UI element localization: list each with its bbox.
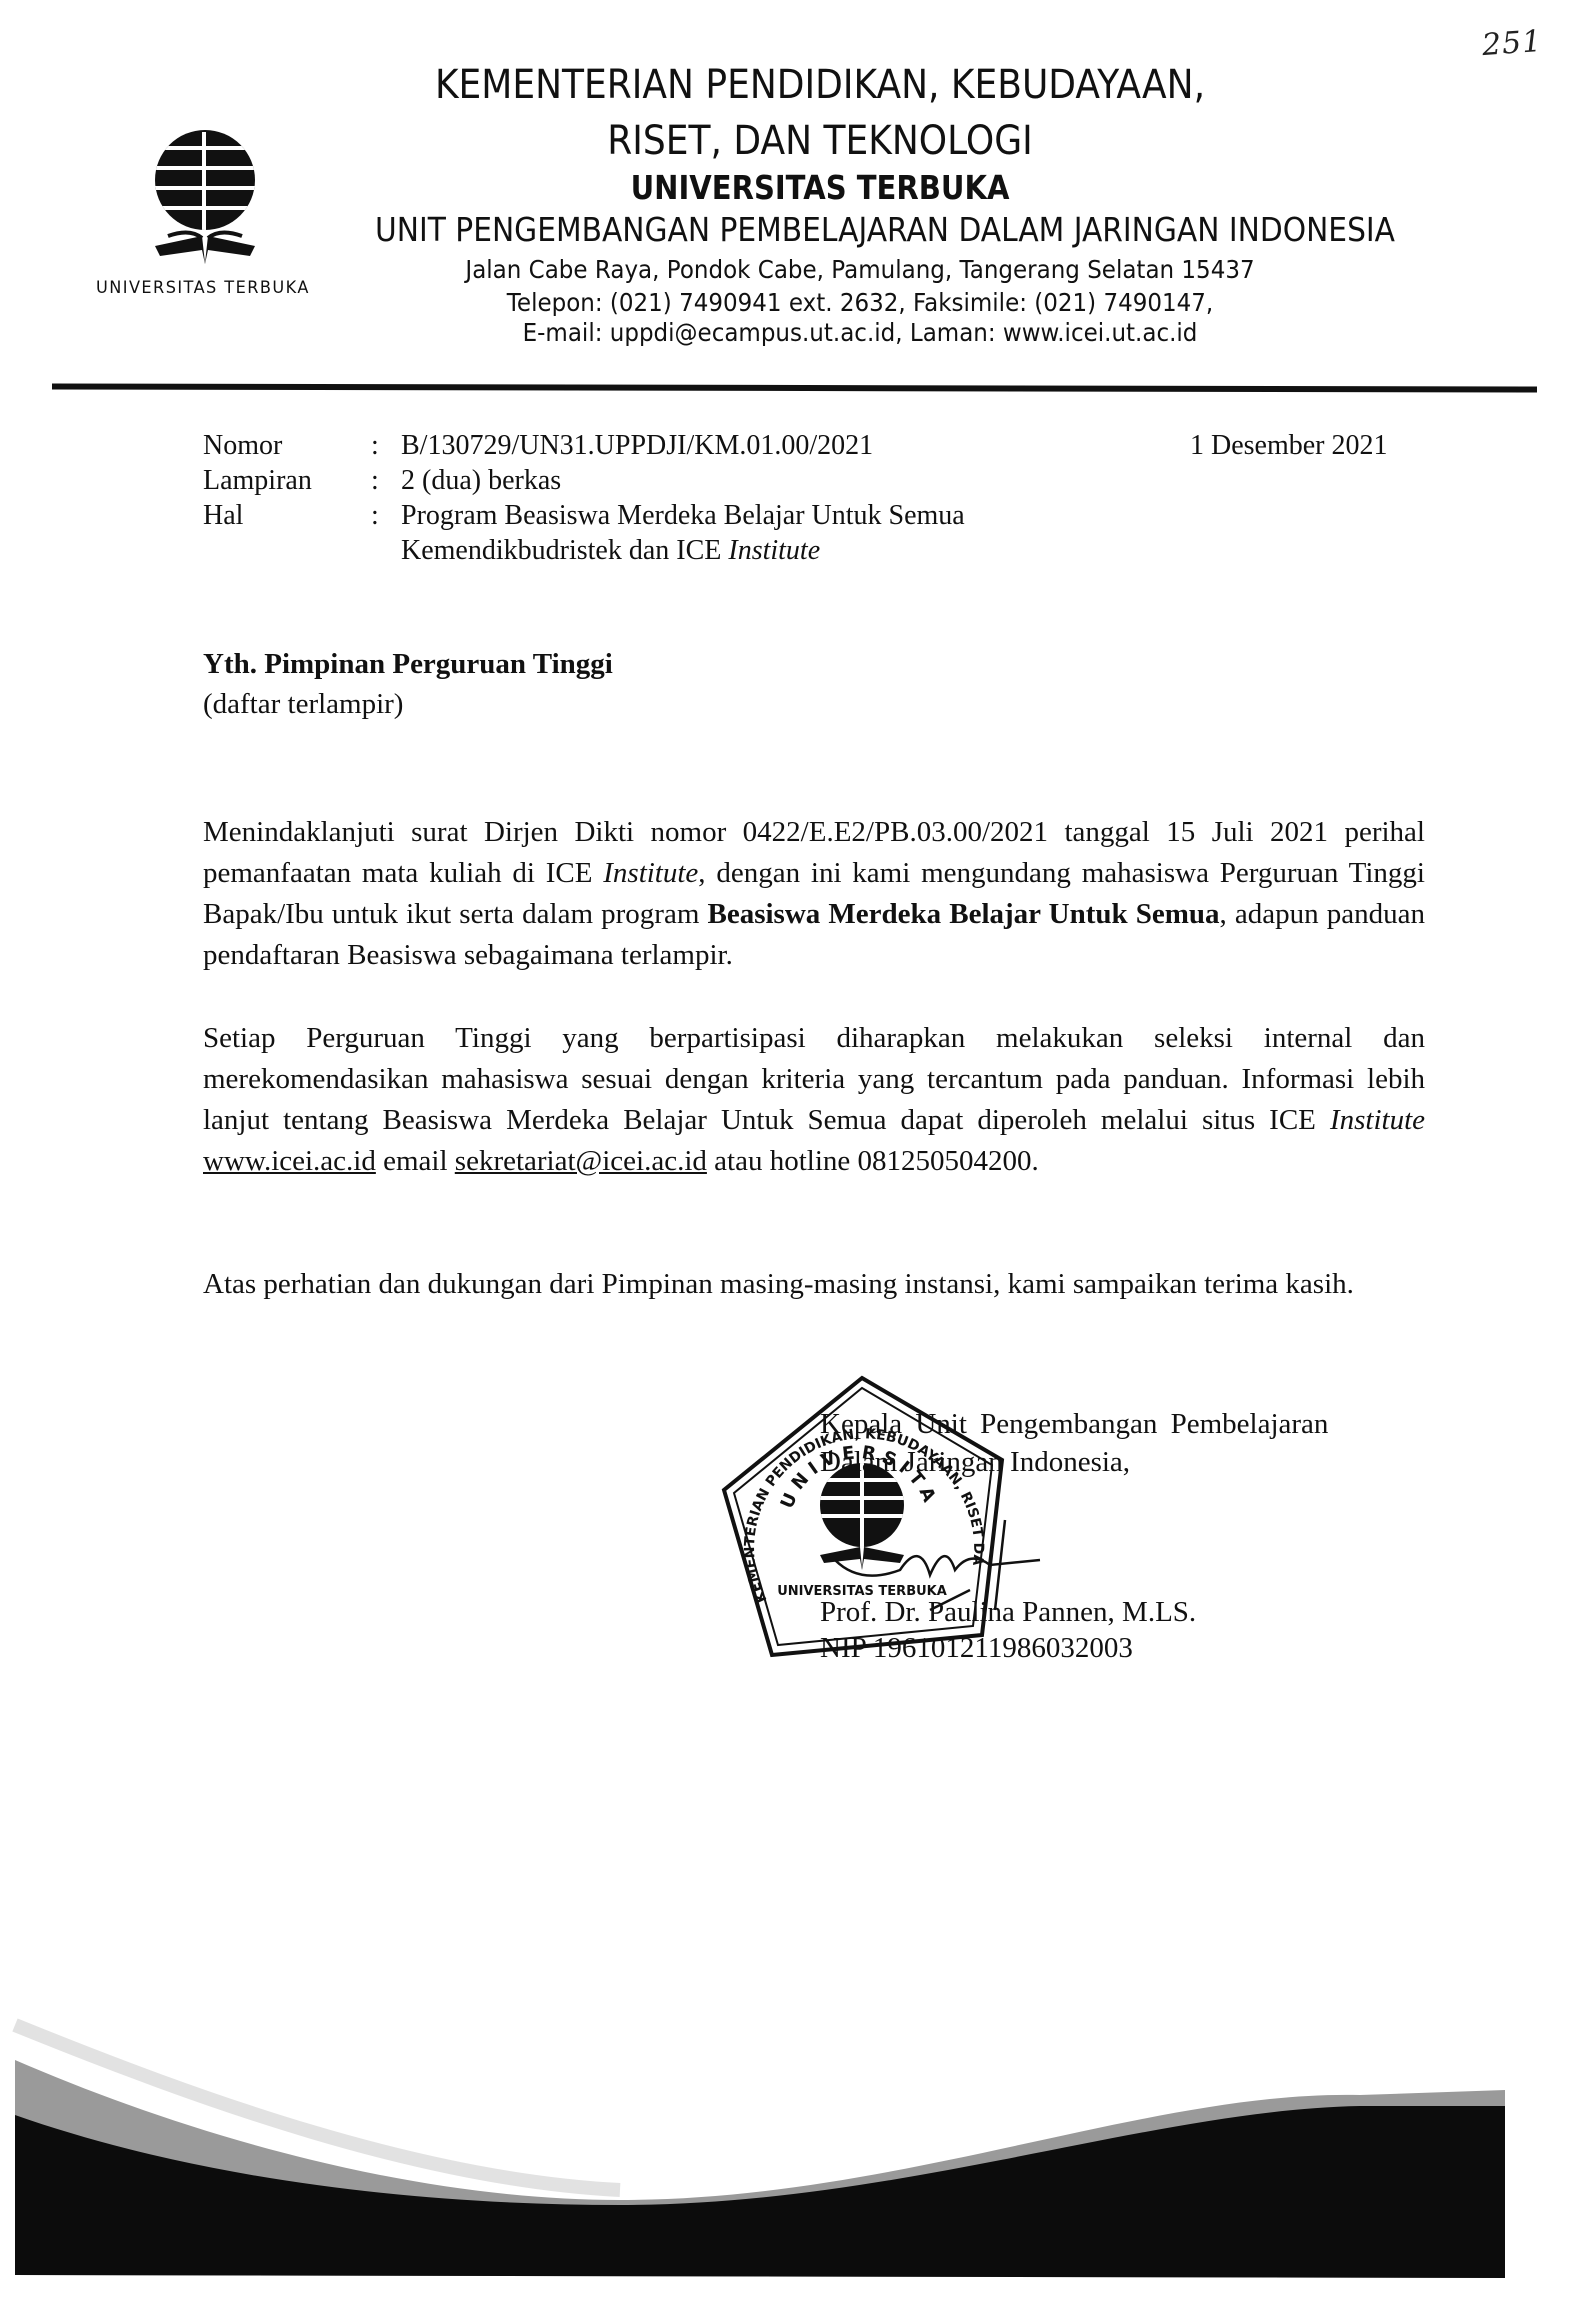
para2-text: atau hotline 081250504200. [707,1145,1039,1177]
hal-value-line2: Kemendikbudristek dan ICE Institute [401,535,820,567]
meta-lampiran: Lampiran:2 (dua) berkas [203,465,561,497]
body-paragraph-2: Setiap Perguruan Tinggi yang berpartisip… [203,1018,1425,1182]
ministry-name-line2: RISET, DAN TEKNOLOGI [370,118,1270,164]
logo-caption: UNIVERSITAS TERBUKA [96,278,310,298]
colon: : [371,465,401,497]
nomor-label: Nomor [203,430,371,462]
university-name: UNIVERSITAS TERBUKA [512,168,1128,207]
lampiran-value: 2 (dua) berkas [401,465,561,496]
para2-italic: Institute [1330,1104,1425,1136]
meta-nomor: Nomor:B/130729/UN31.UPPDJI/KM.01.00/2021 [203,430,873,462]
address-line: Jalan Cabe Raya, Pondok Cabe, Pamulang, … [464,255,1255,284]
unit-name: UNIT PENGEMBANGAN PEMBELAJARAN DALAM JAR… [359,210,1412,249]
email-link[interactable]: sekretariat@icei.ac.id [455,1145,707,1177]
signatory-name: Prof. Dr. Paulina Pannen, M.LS. [820,1596,1196,1629]
colon: : [371,500,401,532]
colon: : [371,430,401,462]
recipient-name: Yth. Pimpinan Perguruan Tinggi [203,648,613,681]
meta-hal: Hal:Program Beasiswa Merdeka Belajar Unt… [203,500,965,532]
para1-italic: Institute [603,857,698,889]
program-name: Beasiswa Merdeka Belajar Untuk Semua [708,898,1220,930]
phone-line: Telepon: (021) 7490941 ext. 2632, Faksim… [464,288,1255,317]
signatory-title-line2: Dalam Jaringan Indonesia, [820,1446,1130,1479]
handwritten-page-number: 251 [1481,24,1544,63]
hal-value-line1: Program Beasiswa Merdeka Belajar Untuk S… [401,500,965,531]
universitas-terbuka-logo-icon [150,128,260,268]
para2-text: email [376,1145,455,1177]
ministry-name-line1: KEMENTERIAN PENDIDIKAN, KEBUDAYAAN, [370,62,1270,108]
signatory-nip: NIP 196101211986032003 [820,1632,1133,1665]
body-paragraph-3: Atas perhatian dan dukungan dari Pimpina… [203,1264,1425,1305]
nomor-value: B/130729/UN31.UPPDJI/KM.01.00/2021 [401,430,873,461]
website-link[interactable]: www.icei.ac.id [203,1145,376,1177]
lampiran-label: Lampiran [203,465,371,497]
footer-wave-decoration [0,1900,1570,2303]
hal-line2-text: Kemendikbudristek dan ICE [401,535,728,566]
body-paragraph-1: Menindaklanjuti surat Dirjen Dikti nomor… [203,812,1425,976]
hal-line2-italic: Institute [728,535,820,566]
para2-text: Setiap Perguruan Tinggi yang berpartisip… [203,1022,1425,1136]
hal-label: Hal [203,500,371,532]
recipient-note: (daftar terlampir) [203,688,403,721]
letter-date: 1 Desember 2021 [1190,430,1388,462]
signatory-title-line1: Kepala Unit Pengembangan Pembelajaran [820,1408,1328,1441]
header-divider [52,383,1537,392]
email-web-line: E-mail: uppdi@ecampus.ut.ac.id, Laman: w… [464,318,1255,347]
